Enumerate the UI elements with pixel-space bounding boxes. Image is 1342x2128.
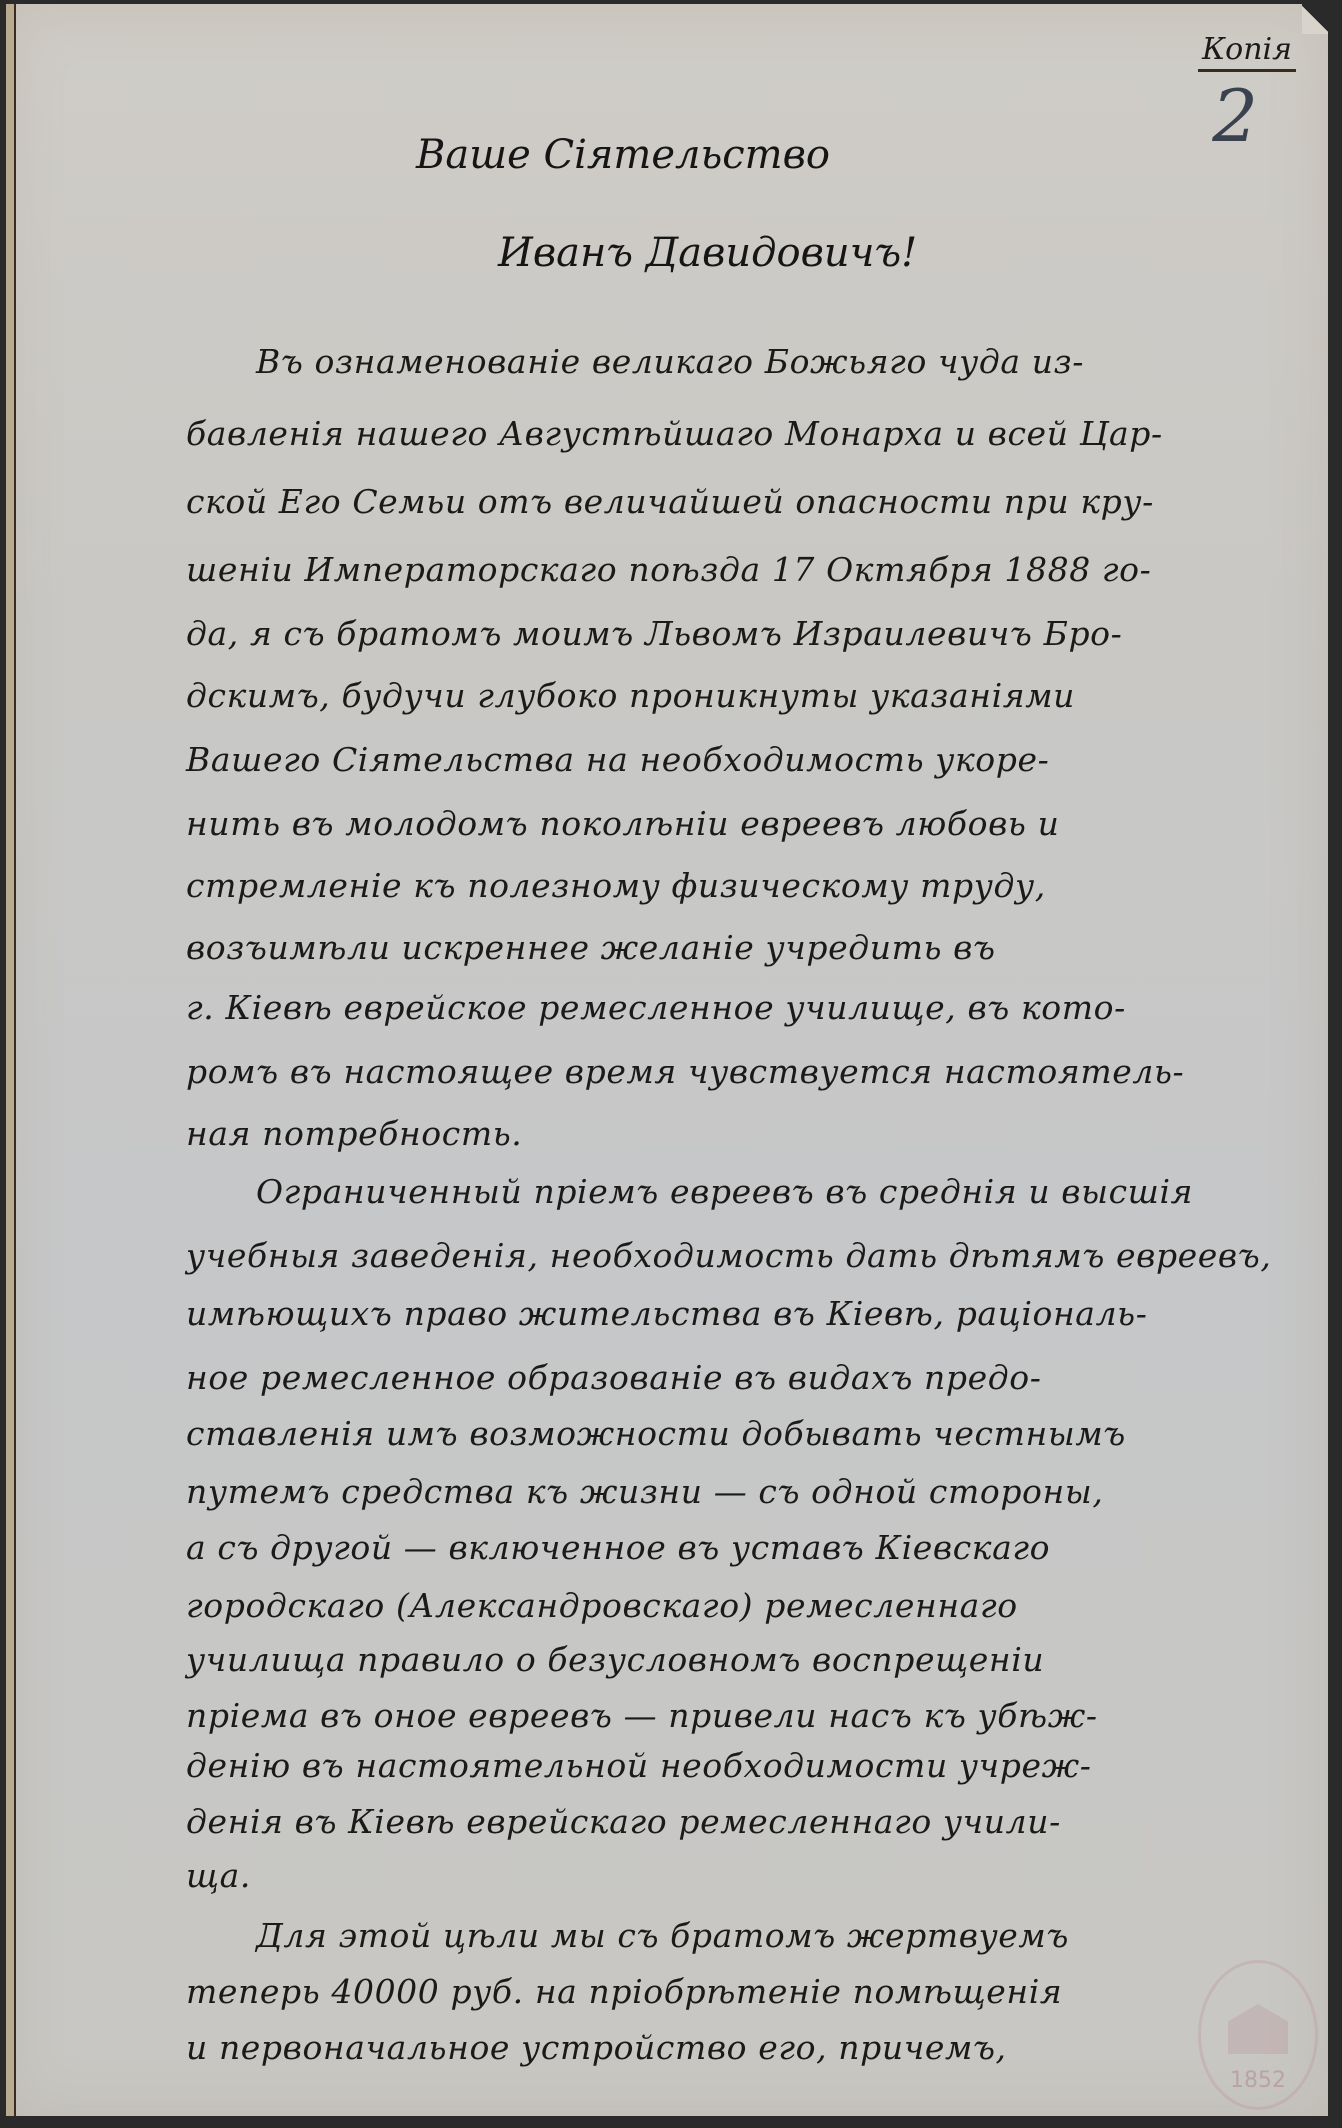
- text-line: да, я съ братомъ моимъ Львомъ Израилевич…: [186, 614, 1336, 653]
- text-line: шеніи Императорскаго поѣзда 17 Октября 1…: [186, 550, 1336, 589]
- text-line: возъимѣли искреннее желаніе учредить въ: [186, 928, 1336, 967]
- text-line: ща.: [186, 1856, 1336, 1895]
- text-line: Ограниченный пріемъ евреевъ въ среднія и…: [256, 1172, 1342, 1211]
- text-line: дскимъ, будучи глубоко проникнуты указан…: [186, 676, 1336, 715]
- salutation-title: Ваше Сіятельство: [416, 132, 1342, 178]
- text-line: нить въ молодомъ поколѣніи евреевъ любов…: [186, 804, 1336, 843]
- text-line: путемъ средства къ жизни — съ одной стор…: [186, 1472, 1336, 1511]
- text-line: денію въ настоятельной необходимости учр…: [186, 1746, 1336, 1785]
- text-line: ная потребность.: [186, 1114, 1336, 1153]
- text-line: денія въ Кіевѣ еврейскаго ремесленнаго у…: [186, 1802, 1336, 1841]
- text-line: ставленія имъ возможности добывать честн…: [186, 1414, 1336, 1453]
- text-line: Для этой цѣли мы съ братомъ жертвуемъ: [256, 1916, 1342, 1955]
- text-line: стремленіе къ полезному физическому труд…: [186, 866, 1336, 905]
- text-line: имѣющихъ право жительства въ Кіевѣ, раці…: [186, 1294, 1336, 1333]
- text-line: городскаго (Александровскаго) ремесленна…: [186, 1586, 1336, 1625]
- text-line: учебныя заведенія, необходимость дать дѣ…: [186, 1236, 1336, 1275]
- building-emblem-icon: [1228, 2004, 1288, 2054]
- text-line: ное ремесленное образованіе въ видахъ пр…: [186, 1358, 1336, 1397]
- manuscript-page: Копія 2 Ваше Сіятельство Иванъ Давидович…: [6, 4, 1328, 2116]
- text-line: а съ другой — включенное въ уставъ Кіевс…: [186, 1528, 1336, 1567]
- stamp-year: 1852: [1230, 2068, 1286, 2093]
- text-line: училища правило о безусловномъ воспрещен…: [186, 1640, 1336, 1679]
- binding-spine: [6, 4, 16, 2116]
- text-line: бавленія нашего Августѣйшаго Монарха и в…: [186, 414, 1336, 453]
- copy-mark: Копія: [1198, 32, 1296, 72]
- archive-stamp: 1852: [1198, 1960, 1318, 2110]
- text-line: Въ ознаменованіе великаго Божьяго чуда и…: [256, 342, 1342, 381]
- text-line: ромъ въ настоящее время чувствуется наст…: [186, 1052, 1336, 1091]
- salutation-name: Иванъ Давидовичъ!: [498, 230, 1342, 276]
- text-line: Вашего Сіятельства на необходимость укор…: [186, 740, 1336, 779]
- text-line: теперь 40000 руб. на пріобрѣтеніе помѣще…: [186, 1972, 1336, 2011]
- text-line: и первоначальное устройство его, причемъ…: [186, 2028, 1336, 2067]
- folded-corner: [1302, 4, 1328, 34]
- text-line: пріема въ оное евреевъ — привели насъ къ…: [186, 1696, 1336, 1735]
- text-line: ской Его Семьи отъ величайшей опасности …: [186, 482, 1336, 521]
- text-line: г. Кіевѣ еврейское ремесленное училище, …: [186, 988, 1336, 1027]
